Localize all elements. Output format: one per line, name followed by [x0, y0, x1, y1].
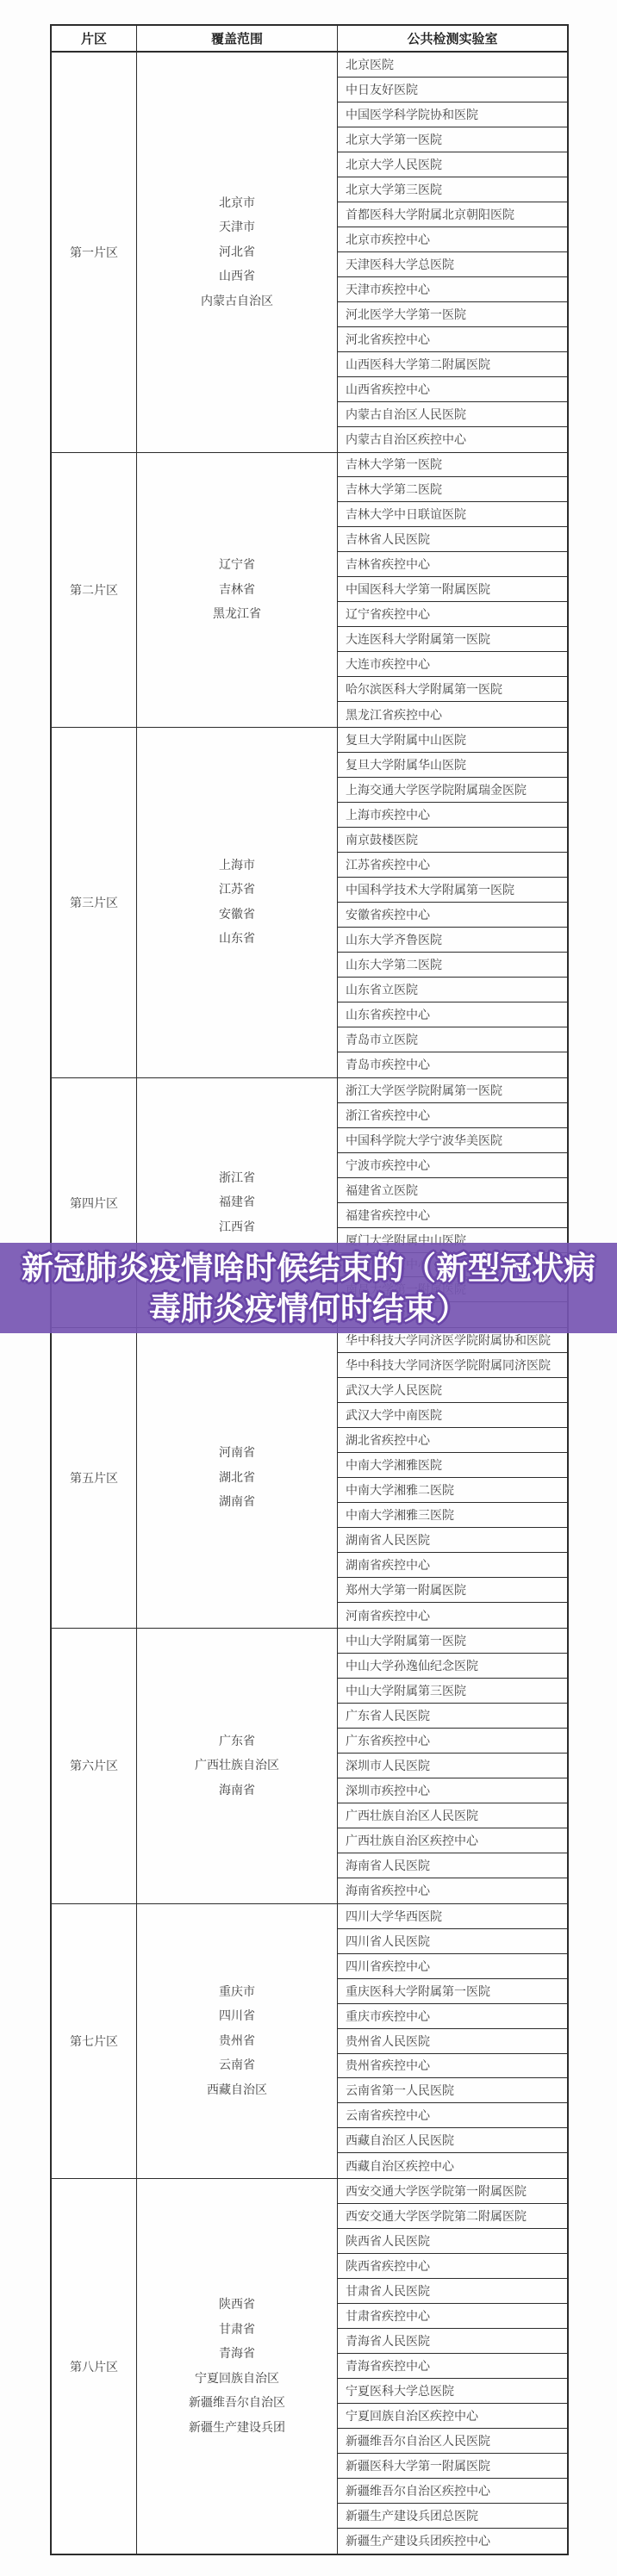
coverage-province: 山西省 — [219, 264, 255, 289]
lab-row: 浙江大学医学院附属第一医院 — [338, 1078, 567, 1103]
coverage-province: 新疆维吾尔自治区 — [189, 2391, 285, 2416]
lab-row: 海南省疾控中心 — [338, 1878, 567, 1903]
region-section: 第一片区北京市天津市河北省山西省内蒙古自治区北京医院中日友好医院中国医学科学院协… — [52, 53, 567, 453]
lab-row: 大连市疾控中心 — [338, 652, 567, 677]
lab-row: 北京医院 — [338, 53, 567, 78]
lab-row: 吉林大学中日联谊医院 — [338, 502, 567, 527]
lab-row: 内蒙古自治区疾控中心 — [338, 427, 567, 452]
lab-row: 中国科学院大学宁波华美医院 — [338, 1128, 567, 1153]
lab-row: 江苏省疾控中心 — [338, 853, 567, 878]
lab-row: 湖南省人民医院 — [338, 1528, 567, 1553]
region-cell: 第一片区 — [52, 53, 137, 452]
coverage-cell: 上海市江苏省安徽省山东省 — [137, 728, 338, 1077]
lab-row: 中日友好医院 — [338, 78, 567, 102]
coverage-cell: 陕西省甘肃省青海省宁夏回族自治区新疆维吾尔自治区新疆生产建设兵团 — [137, 2179, 338, 2554]
region-cell: 第六片区 — [52, 1629, 137, 1903]
lab-row: 天津市疾控中心 — [338, 277, 567, 302]
coverage-province: 黑龙江省 — [213, 602, 261, 627]
lab-row: 山西医科大学第二附属医院 — [338, 352, 567, 377]
lab-row: 中国医科大学第一附属医院 — [338, 577, 567, 602]
lab-row: 复旦大学附属华山医院 — [338, 753, 567, 778]
header-cell-region: 片区 — [52, 26, 137, 51]
lab-list: 四川大学华西医院四川省人民医院四川省疾控中心重庆医科大学附属第一医院重庆市疾控中… — [338, 1904, 567, 2179]
lab-list: 西安交通大学医学院第一附属医院西安交通大学医学院第二附属医院陕西省人民医院陕西省… — [338, 2179, 567, 2554]
lab-row: 武汉大学人民医院 — [338, 1378, 567, 1403]
region-section: 第三片区上海市江苏省安徽省山东省复旦大学附属中山医院复旦大学附属华山医院上海交通… — [52, 728, 567, 1078]
header-cell-lab: 公共检测实验室 — [338, 26, 567, 51]
region-cell: 第七片区 — [52, 1904, 137, 2179]
lab-row: 新疆维吾尔自治区人民医院 — [338, 2429, 567, 2454]
lab-row: 浙江省疾控中心 — [338, 1103, 567, 1128]
lab-row: 重庆医科大学附属第一医院 — [338, 1979, 567, 2004]
coverage-province: 甘肃省 — [219, 2318, 255, 2343]
coverage-province: 北京市 — [219, 191, 255, 216]
lab-row: 广东省疾控中心 — [338, 1729, 567, 1754]
lab-row: 山东大学齐鲁医院 — [338, 928, 567, 953]
lab-row: 山东省疾控中心 — [338, 1002, 567, 1027]
lab-list: 吉林大学第一医院吉林大学第二医院吉林大学中日联谊医院吉林省人民医院吉林省疾控中心… — [338, 453, 567, 728]
lab-row: 北京大学第三医院 — [338, 177, 567, 202]
lab-row: 宁夏回族自治区疾控中心 — [338, 2404, 567, 2429]
lab-row: 广东省人民医院 — [338, 1704, 567, 1729]
lab-row: 中国医学科学院协和医院 — [338, 102, 567, 127]
lab-row: 上海交通大学医学院附属瑞金医院 — [338, 778, 567, 803]
lab-row: 海南省人民医院 — [338, 1853, 567, 1878]
lab-list: 中山大学附属第一医院中山大学孙逸仙纪念医院中山大学附属第三医院广东省人民医院广东… — [338, 1629, 567, 1903]
coverage-province: 陕西省 — [219, 2293, 255, 2318]
lab-row: 西安交通大学医学院第二附属医院 — [338, 2204, 567, 2229]
coverage-cell: 重庆市四川省贵州省云南省西藏自治区 — [137, 1904, 338, 2179]
coverage-province: 河南省 — [219, 1441, 255, 1466]
coverage-province: 广西壮族自治区 — [195, 1754, 279, 1778]
lab-row: 华中科技大学同济医学院附属同济医院 — [338, 1353, 567, 1378]
lab-row: 湖南省疾控中心 — [338, 1553, 567, 1578]
coverage-province: 吉林省 — [219, 578, 255, 603]
lab-row: 西藏自治区疾控中心 — [338, 2153, 567, 2178]
lab-row: 复旦大学附属中山医院 — [338, 728, 567, 753]
coverage-province: 安徽省 — [219, 903, 255, 928]
lab-row: 新疆医科大学第一附属医院 — [338, 2454, 567, 2479]
lab-row: 陕西省疾控中心 — [338, 2254, 567, 2279]
lab-row: 西藏自治区人民医院 — [338, 2128, 567, 2153]
coverage-province: 新疆生产建设兵团 — [189, 2416, 285, 2441]
coverage-province: 福建省 — [219, 1190, 255, 1215]
lab-row: 重庆市疾控中心 — [338, 2004, 567, 2029]
lab-row: 青岛市疾控中心 — [338, 1052, 567, 1077]
coverage-province: 重庆市 — [219, 1980, 255, 2005]
lab-row: 吉林省人民医院 — [338, 527, 567, 552]
coverage-province: 海南省 — [219, 1778, 255, 1803]
lab-row: 安徽省疾控中心 — [338, 903, 567, 928]
overlay-banner: 新冠肺炎疫情啥时候结束的（新型冠状病 毒肺炎疫情何时结束） — [0, 1243, 617, 1333]
lab-row: 北京大学第一医院 — [338, 127, 567, 152]
lab-row: 甘肃省疾控中心 — [338, 2304, 567, 2329]
lab-row: 山东大学第二医院 — [338, 953, 567, 978]
lab-row: 四川大学华西医院 — [338, 1904, 567, 1929]
coverage-province: 广东省 — [219, 1729, 255, 1754]
coverage-province: 湖南省 — [219, 1490, 255, 1515]
lab-row: 辽宁省疾控中心 — [338, 602, 567, 627]
coverage-province: 江苏省 — [219, 878, 255, 903]
lab-row: 新疆维吾尔自治区疾控中心 — [338, 2479, 567, 2504]
lab-row: 深圳市人民医院 — [338, 1754, 567, 1778]
coverage-province: 内蒙古自治区 — [201, 289, 273, 314]
region-cell: 第三片区 — [52, 728, 137, 1077]
coverage-cell: 广东省广西壮族自治区海南省 — [137, 1629, 338, 1903]
lab-row: 中南大学湘雅三医院 — [338, 1503, 567, 1528]
lab-row: 云南省第一人民医院 — [338, 2078, 567, 2103]
coverage-province: 浙江省 — [219, 1166, 255, 1191]
lab-row: 新疆生产建设兵团总医院 — [338, 2504, 567, 2529]
lab-row: 甘肃省人民医院 — [338, 2279, 567, 2304]
lab-row: 上海市疾控中心 — [338, 803, 567, 828]
lab-row: 青海省疾控中心 — [338, 2354, 567, 2379]
lab-row: 湖北省疾控中心 — [338, 1428, 567, 1453]
lab-list: 北京医院中日友好医院中国医学科学院协和医院北京大学第一医院北京大学人民医院北京大… — [338, 53, 567, 452]
lab-row: 天津医科大学总医院 — [338, 252, 567, 277]
coverage-cell: 辽宁省吉林省黑龙江省 — [137, 453, 338, 728]
lab-row: 吉林大学第一医院 — [338, 453, 567, 478]
lab-row: 四川省人民医院 — [338, 1929, 567, 1954]
table-header-row: 片区 覆盖范围 公共检测实验室 — [52, 26, 567, 53]
lab-row: 中山大学孙逸仙纪念医院 — [338, 1654, 567, 1679]
lab-row: 黑龙江省疾控中心 — [338, 702, 567, 727]
lab-row: 贵州省疾控中心 — [338, 2054, 567, 2079]
lab-row: 福建省立医院 — [338, 1178, 567, 1203]
lab-row: 吉林省疾控中心 — [338, 552, 567, 577]
lab-row: 南京鼓楼医院 — [338, 828, 567, 853]
coverage-province: 辽宁省 — [219, 553, 255, 578]
coverage-province: 青海省 — [219, 2342, 255, 2367]
lab-row: 中山大学附属第三医院 — [338, 1679, 567, 1704]
coverage-province: 贵州省 — [219, 2029, 255, 2054]
lab-row: 河南省疾控中心 — [338, 1603, 567, 1628]
lab-row: 广西壮族自治区人民医院 — [338, 1803, 567, 1828]
lab-row: 中国科学技术大学附属第一医院 — [338, 878, 567, 903]
region-cell: 第二片区 — [52, 453, 137, 728]
lab-row: 河北医学大学第一医院 — [338, 302, 567, 327]
banner-line-1: 新冠肺炎疫情啥时候结束的（新型冠状病 — [22, 1248, 595, 1288]
lab-row: 山东省立医院 — [338, 978, 567, 1002]
region-cell: 第五片区 — [52, 1328, 137, 1628]
lab-row: 中南大学湘雅医院 — [338, 1453, 567, 1478]
lab-row: 云南省疾控中心 — [338, 2103, 567, 2128]
coverage-province: 宁夏回族自治区 — [195, 2367, 279, 2392]
lab-row: 北京市疾控中心 — [338, 227, 567, 252]
coverage-province: 西藏自治区 — [207, 2078, 267, 2103]
lab-row: 广西壮族自治区疾控中心 — [338, 1828, 567, 1853]
banner-line-2: 毒肺炎疫情何时结束） — [149, 1288, 468, 1329]
coverage-province: 云南省 — [219, 2053, 255, 2078]
coverage-cell: 北京市天津市河北省山西省内蒙古自治区 — [137, 53, 338, 452]
page: 片区 覆盖范围 公共检测实验室 第一片区北京市天津市河北省山西省内蒙古自治区北京… — [0, 0, 617, 2576]
coverage-province: 江西省 — [219, 1215, 255, 1240]
lab-row: 青岛市立医院 — [338, 1027, 567, 1052]
region-section: 第八片区陕西省甘肃省青海省宁夏回族自治区新疆维吾尔自治区新疆生产建设兵团西安交通… — [52, 2179, 567, 2554]
lab-list: 华中科技大学同济医学院附属协和医院华中科技大学同济医学院附属同济医院武汉大学人民… — [338, 1328, 567, 1628]
lab-row: 陕西省人民医院 — [338, 2229, 567, 2254]
lab-row: 贵州省人民医院 — [338, 2029, 567, 2054]
lab-row: 宁波市疾控中心 — [338, 1153, 567, 1178]
lab-row: 福建省疾控中心 — [338, 1203, 567, 1228]
lab-row: 青海省人民医院 — [338, 2329, 567, 2354]
coverage-province: 山东省 — [219, 927, 255, 952]
lab-row: 宁夏医科大学总医院 — [338, 2379, 567, 2404]
lab-row: 吉林大学第二医院 — [338, 477, 567, 502]
lab-row: 中山大学附属第一医院 — [338, 1629, 567, 1654]
coverage-province: 天津市 — [219, 215, 255, 240]
lab-row: 深圳市疾控中心 — [338, 1778, 567, 1803]
region-section: 第五片区河南省湖北省湖南省华中科技大学同济医学院附属协和医院华中科技大学同济医学… — [52, 1328, 567, 1629]
header-cell-coverage: 覆盖范围 — [137, 26, 338, 51]
coverage-province: 四川省 — [219, 2004, 255, 2029]
lab-row: 河北省疾控中心 — [338, 327, 567, 352]
lab-row: 武汉大学中南医院 — [338, 1403, 567, 1428]
coverage-province: 上海市 — [219, 853, 255, 878]
region-section: 第七片区重庆市四川省贵州省云南省西藏自治区四川大学华西医院四川省人民医院四川省疾… — [52, 1904, 567, 2180]
lab-row: 新疆生产建设兵团疾控中心 — [338, 2529, 567, 2554]
coverage-cell: 河南省湖北省湖南省 — [137, 1328, 338, 1628]
lab-row: 哈尔滨医科大学附属第一医院 — [338, 677, 567, 702]
coverage-province: 河北省 — [219, 240, 255, 265]
lab-row: 首都医科大学附属北京朝阳医院 — [338, 202, 567, 227]
coverage-province: 湖北省 — [219, 1466, 255, 1491]
lab-row: 四川省疾控中心 — [338, 1954, 567, 1979]
lab-row: 北京大学人民医院 — [338, 152, 567, 177]
lab-row: 西安交通大学医学院第一附属医院 — [338, 2179, 567, 2204]
lab-row: 内蒙古自治区人民医院 — [338, 402, 567, 427]
region-cell: 第八片区 — [52, 2179, 137, 2554]
lab-list: 复旦大学附属中山医院复旦大学附属华山医院上海交通大学医学院附属瑞金医院上海市疾控… — [338, 728, 567, 1077]
region-section: 第六片区广东省广西壮族自治区海南省中山大学附属第一医院中山大学孙逸仙纪念医院中山… — [52, 1629, 567, 1904]
lab-row: 郑州大学第一附属医院 — [338, 1578, 567, 1603]
region-section: 第二片区辽宁省吉林省黑龙江省吉林大学第一医院吉林大学第二医院吉林大学中日联谊医院… — [52, 453, 567, 729]
lab-row: 大连医科大学附属第一医院 — [338, 627, 567, 652]
lab-row: 中南大学湘雅二医院 — [338, 1478, 567, 1503]
lab-row: 山西省疾控中心 — [338, 377, 567, 402]
